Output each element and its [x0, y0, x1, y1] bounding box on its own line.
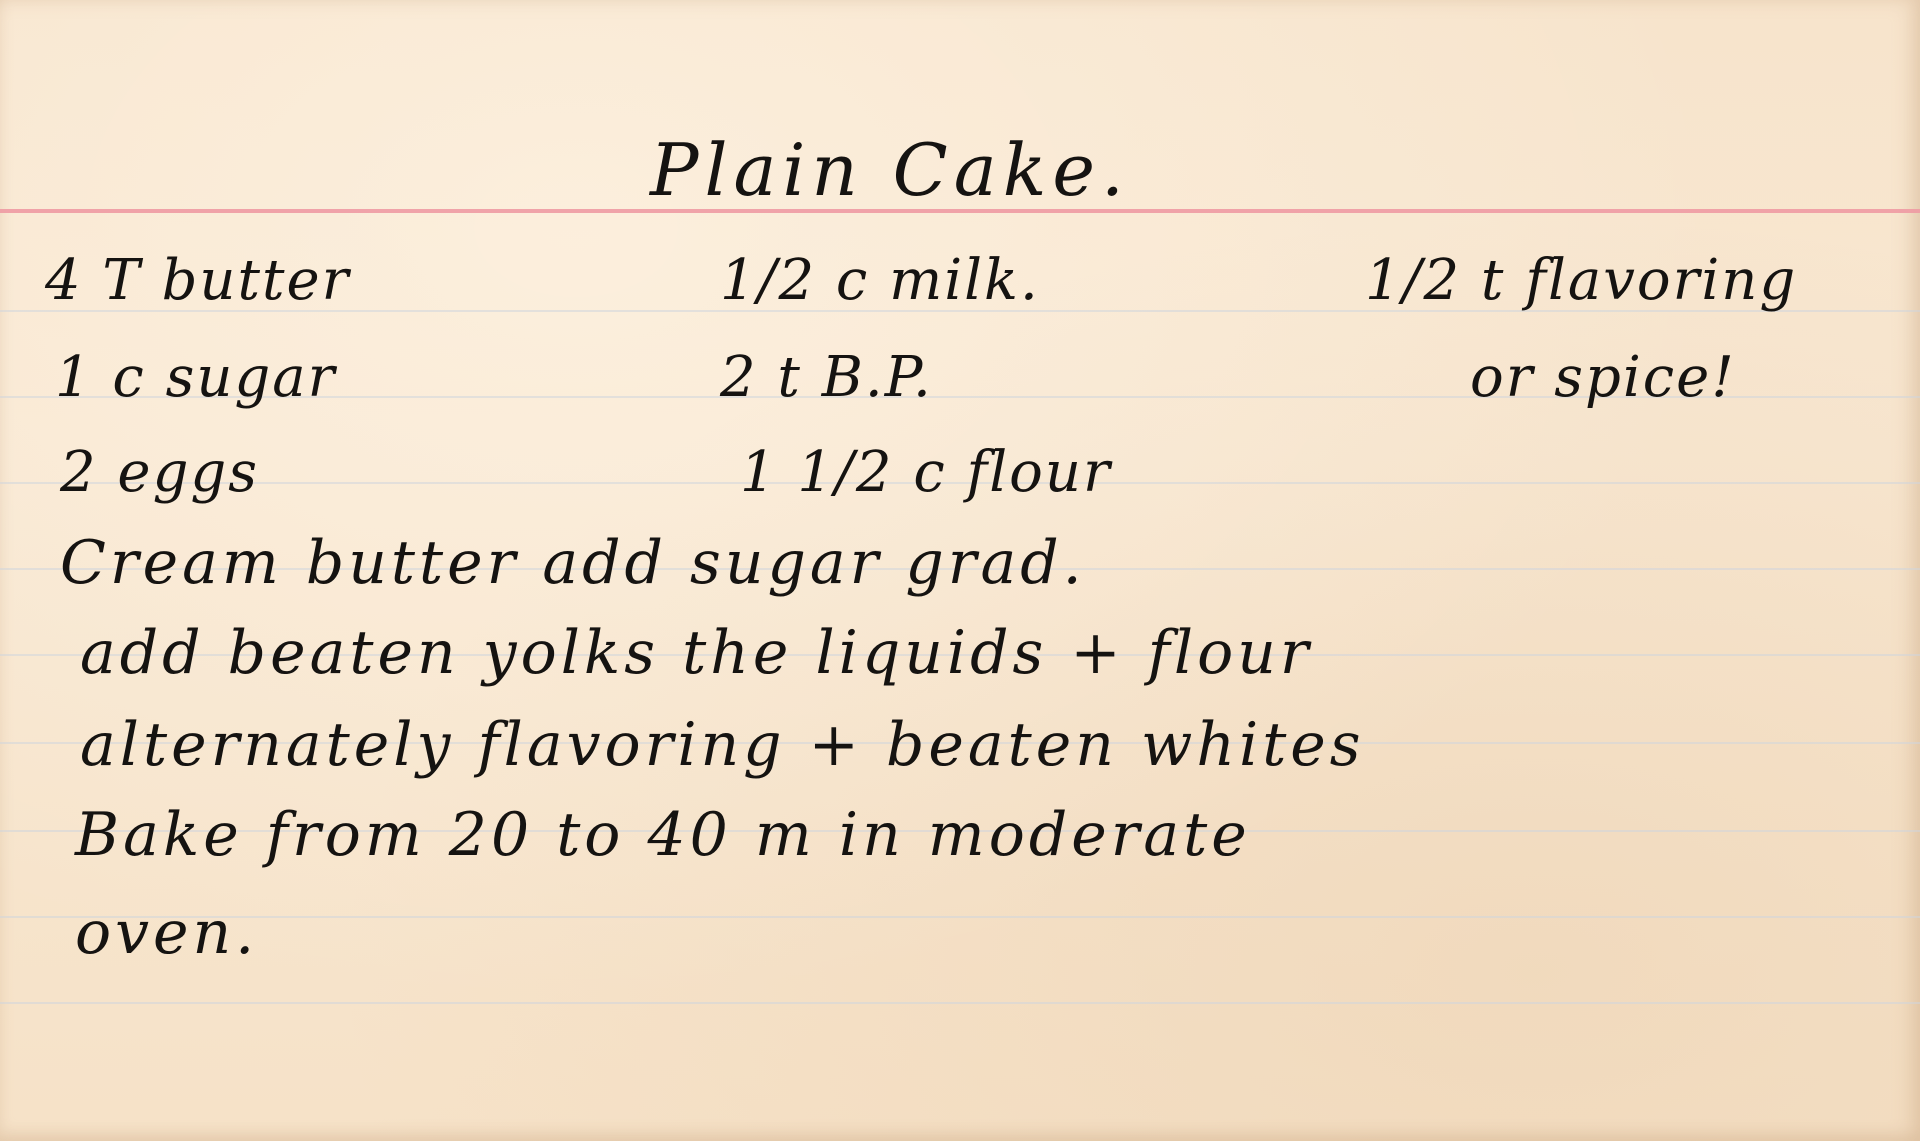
- ingredient-flour: 1 1/2 c flour: [740, 440, 1112, 505]
- ingredient-sugar: 1 c sugar: [55, 345, 336, 410]
- instruction-line-1: Cream butter add sugar grad.: [60, 528, 1086, 598]
- instruction-line-4: Bake from 20 to 40 m in moderate: [75, 800, 1251, 870]
- ingredient-spice: or spice!: [1470, 345, 1736, 410]
- ingredient-eggs: 2 eggs: [60, 440, 259, 505]
- instruction-line-2: add beaten yolks the liquids + flour: [80, 618, 1313, 688]
- recipe-card: Plain Cake. 4 T butter 1 c sugar 2 eggs …: [0, 0, 1920, 1141]
- instruction-line-3: alternately flavoring + beaten whites: [80, 710, 1365, 780]
- ingredient-milk: 1/2 c milk.: [720, 248, 1040, 313]
- ruled-line: [0, 1002, 1920, 1004]
- ingredient-flavoring: 1/2 t flavoring: [1365, 248, 1797, 313]
- instruction-line-5: oven.: [75, 898, 258, 968]
- ingredient-butter: 4 T butter: [45, 248, 350, 313]
- ingredient-baking-powder: 2 t B.P.: [720, 345, 933, 410]
- recipe-title: Plain Cake.: [650, 128, 1130, 212]
- ruled-line: [0, 916, 1920, 918]
